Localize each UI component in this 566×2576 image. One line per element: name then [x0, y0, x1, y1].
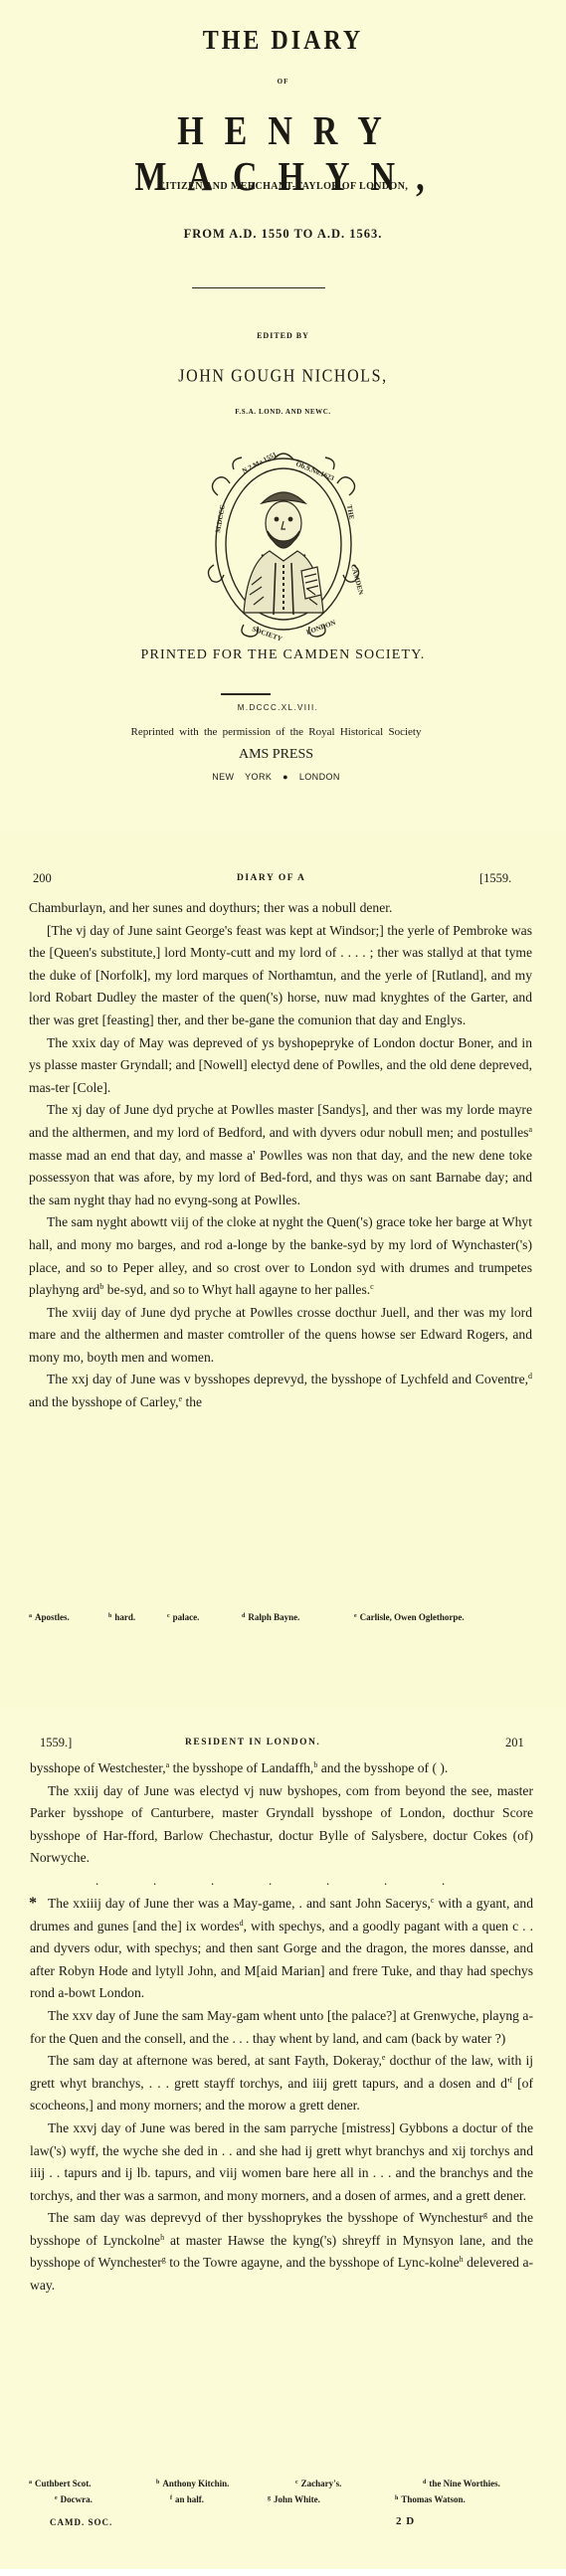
paragraph: [The vj day of June saint George's feast…: [29, 920, 532, 1032]
svg-text:N.2.Ma.1551: N.2.Ma.1551: [241, 451, 279, 475]
publication-year: M.DCCC.XL.VIII.: [0, 703, 566, 712]
paragraph: The xxj day of June was v bysshopes depr…: [29, 1369, 532, 1413]
footnote: eDocwra.: [55, 2491, 93, 2507]
svg-text:CAMDEN: CAMDEN: [349, 563, 363, 595]
footnote: dthe Nine Worthies.: [423, 2476, 500, 2491]
footnote: hThomas Watson.: [395, 2491, 466, 2507]
printed-for: PRINTED FOR THE CAMDEN SOCIETY.: [0, 647, 566, 663]
running-year: [1559.: [479, 871, 511, 886]
footnote: fan half.: [170, 2491, 204, 2507]
page-number: 200: [33, 871, 52, 886]
running-title: DIARY OF A: [237, 873, 305, 883]
footnote: bAnthony Kitchin.: [156, 2476, 229, 2491]
footnote-ref: a: [528, 1125, 532, 1134]
divider: [221, 693, 271, 695]
body-text: Chamburlayn, and her sunes and doythurs;…: [29, 897, 532, 1414]
title-of: OF: [0, 78, 566, 86]
svg-text:M.DCCC: M.DCCC: [214, 504, 227, 534]
book-title: THE DIARY: [0, 26, 566, 57]
divider: [192, 287, 325, 288]
page-number: 201: [505, 1736, 524, 1750]
editor-credentials: F.S.A. LOND. AND NEWC.: [0, 408, 566, 416]
footnote: aApostles.: [29, 1609, 70, 1625]
reprint-note: Reprinted with the permission of the Roy…: [0, 726, 566, 738]
footnote-ref: c: [370, 1282, 374, 1291]
signature-mark: CAMD. SOC.: [50, 2517, 112, 2527]
camden-emblem-icon: N.2.Ma.1551 Ob.9.No.1623 M.DCCC THE CAMD…: [204, 446, 363, 643]
publisher-location: NEW YORK ● LONDON: [0, 772, 566, 782]
page-201: 1559.] RESIDENT IN LONDON. 201 bysshope …: [0, 1706, 566, 2576]
footnote: aCuthbert Scot.: [29, 2476, 92, 2491]
title-page: THE DIARY OF HENRY MACHYN, CITIZEN AND M…: [0, 0, 566, 833]
svg-text:THE: THE: [345, 504, 356, 520]
footnote: gJohn White.: [268, 2491, 320, 2507]
signature-gathering: 2 D: [396, 2515, 415, 2527]
editor-name: JOHN GOUGH NICHOLS,: [0, 367, 566, 388]
svg-text:LONDON: LONDON: [305, 619, 337, 637]
author-description: CITIZEN AND MERCHANT-TAYLOR OF LONDON,: [0, 181, 566, 192]
running-head: 1559.] RESIDENT IN LONDON. 201: [0, 1736, 566, 1755]
footnote: cZachary's.: [295, 2476, 341, 2491]
publisher: AMS PRESS: [0, 747, 566, 763]
footnote: bhard.: [108, 1609, 135, 1625]
asterisk-margin-icon: *: [11, 1893, 37, 1916]
paragraph: The sam day at afternone was bered, at s…: [30, 2050, 533, 2117]
body-text: bysshope of Westchester,a the bysshope o…: [30, 1757, 533, 2298]
paragraph: *The xxiiij day of June ther was a May-g…: [30, 1893, 533, 2005]
running-head: 200 DIARY OF A [1559.: [0, 871, 566, 891]
paragraph: The xviij day of June dyd pryche at Powl…: [29, 1302, 532, 1370]
paragraph: The sam day was deprevyd of ther bysshop…: [30, 2207, 533, 2297]
page-200: 200 DIARY OF A [1559. Chamburlayn, and h…: [0, 833, 566, 1706]
footnote: eCarlisle, Owen Oglethorpe.: [354, 1609, 465, 1625]
paragraph: The xxix day of May was depreved of ys b…: [29, 1032, 532, 1100]
omission-marker: .......: [30, 1870, 533, 1893]
running-title: RESIDENT IN LONDON.: [185, 1738, 320, 1748]
paragraph: The sam nyght abowtt viij of the cloke a…: [29, 1211, 532, 1301]
running-year: 1559.]: [40, 1736, 72, 1750]
footnote: dRalph Bayne.: [242, 1609, 299, 1625]
paragraph: Chamburlayn, and her sunes and doythurs;…: [29, 897, 532, 920]
paragraph: The xxvj day of June was bered in the sa…: [30, 2117, 533, 2207]
edited-by-label: EDITED BY: [0, 331, 566, 340]
paragraph: The xj day of June dyd pryche at Powlles…: [29, 1099, 532, 1211]
paragraph: bysshope of Westchester,a the bysshope o…: [30, 1757, 533, 1780]
paragraph: The xxiij day of June was electyd vj nuw…: [30, 1780, 533, 1870]
date-range: FROM A.D. 1550 TO A.D. 1563.: [0, 227, 566, 242]
paragraph: The xxv day of June the sam May-gam when…: [30, 2005, 533, 2050]
footnote-ref: d: [528, 1372, 532, 1380]
footnote: cpalace.: [167, 1609, 199, 1625]
